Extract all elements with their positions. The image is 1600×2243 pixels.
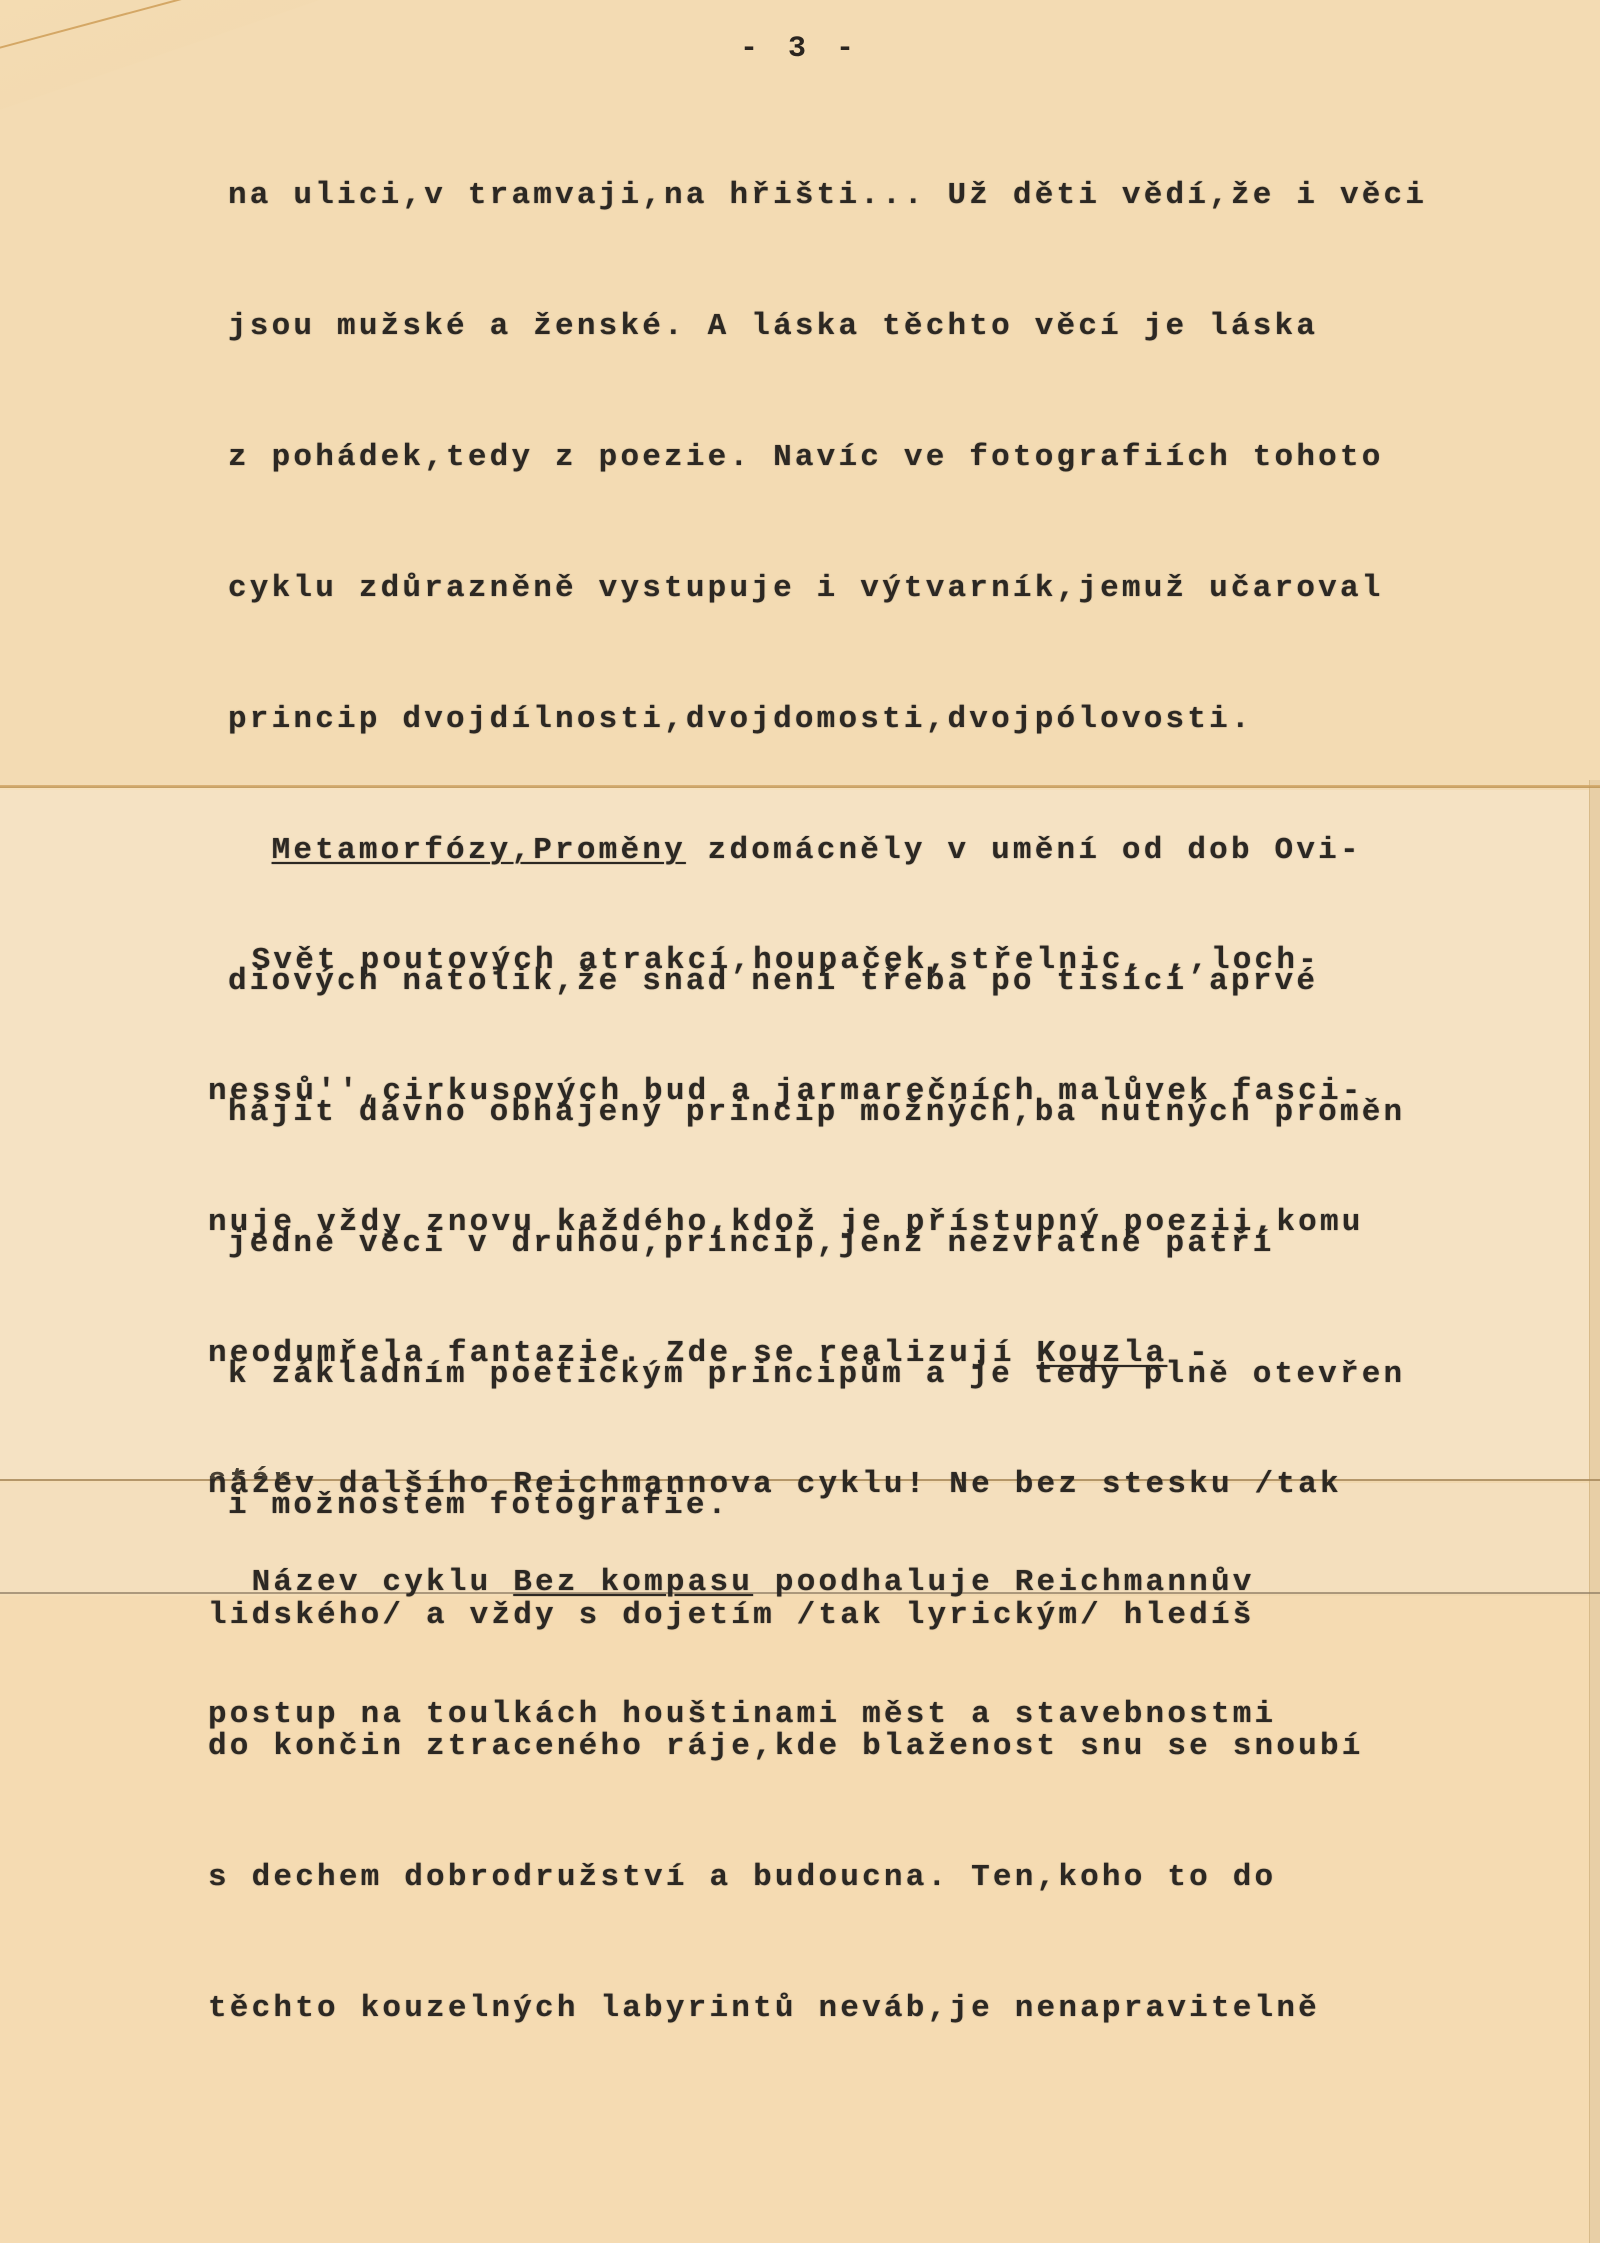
text-fragment: neodumřela fantazie. Zde se realizují xyxy=(208,1336,1037,1371)
text-line-with-title: Název cyklu Bez kompasu poodhaluje Reich… xyxy=(208,1552,1276,1614)
text-line: nessů'',cirkusových bud a jarmarečních m… xyxy=(208,1061,1364,1122)
text-line: nuje vždy znovu každého,kdož je přístupn… xyxy=(208,1192,1364,1253)
text-line-indented: Svět poutových atrakcí,houpaček,střelnic… xyxy=(208,930,1364,991)
text-fragment: - xyxy=(1167,1336,1211,1371)
text-line: postup na toulkách houštinami měst a sta… xyxy=(208,1684,1276,1746)
text-fragment: Název cyklu xyxy=(252,1565,514,1600)
text-line: z pohádek,tedy z poezie. Navíc ve fotogr… xyxy=(228,427,1427,488)
text-line: jsou mužské a ženské. A láska těchto věc… xyxy=(228,296,1427,357)
text-fragment: Svět poutových atrakcí,houpaček,střelnic… xyxy=(252,943,1320,978)
text-line-with-title: neodumřela fantazie. Zde se realizují Ko… xyxy=(208,1323,1364,1384)
text-line: princip dvojdílnosti,dvojdomosti,dvojpól… xyxy=(228,689,1427,750)
underlying-sheet-edge xyxy=(1589,780,1600,2243)
paragraph-block-2: Svět poutových atrakcí,houpaček,střelnic… xyxy=(208,860,1364,2074)
underlined-title-bez-kompasu: Bez kompasu xyxy=(513,1565,753,1600)
text-line: na ulici,v tramvaji,na hřišti... Už děti… xyxy=(228,165,1427,226)
page-number: - 3 - xyxy=(740,32,860,66)
text-line: těchto kouzelných labyrintů neváb,je nen… xyxy=(208,1978,1364,2039)
underlined-title-kouzla: Kouzla xyxy=(1037,1336,1168,1371)
text-line: cyklu zdůrazněně vystupuje i výtvarník,j… xyxy=(228,558,1427,619)
text-line: s dechem dobrodružství a budoucna. Ten,k… xyxy=(208,1847,1364,1908)
text-fragment: poodhaluje Reichmannův xyxy=(753,1565,1254,1600)
paragraph-block-3: Název cyklu Bez kompasu poodhaluje Reich… xyxy=(208,1482,1276,1781)
